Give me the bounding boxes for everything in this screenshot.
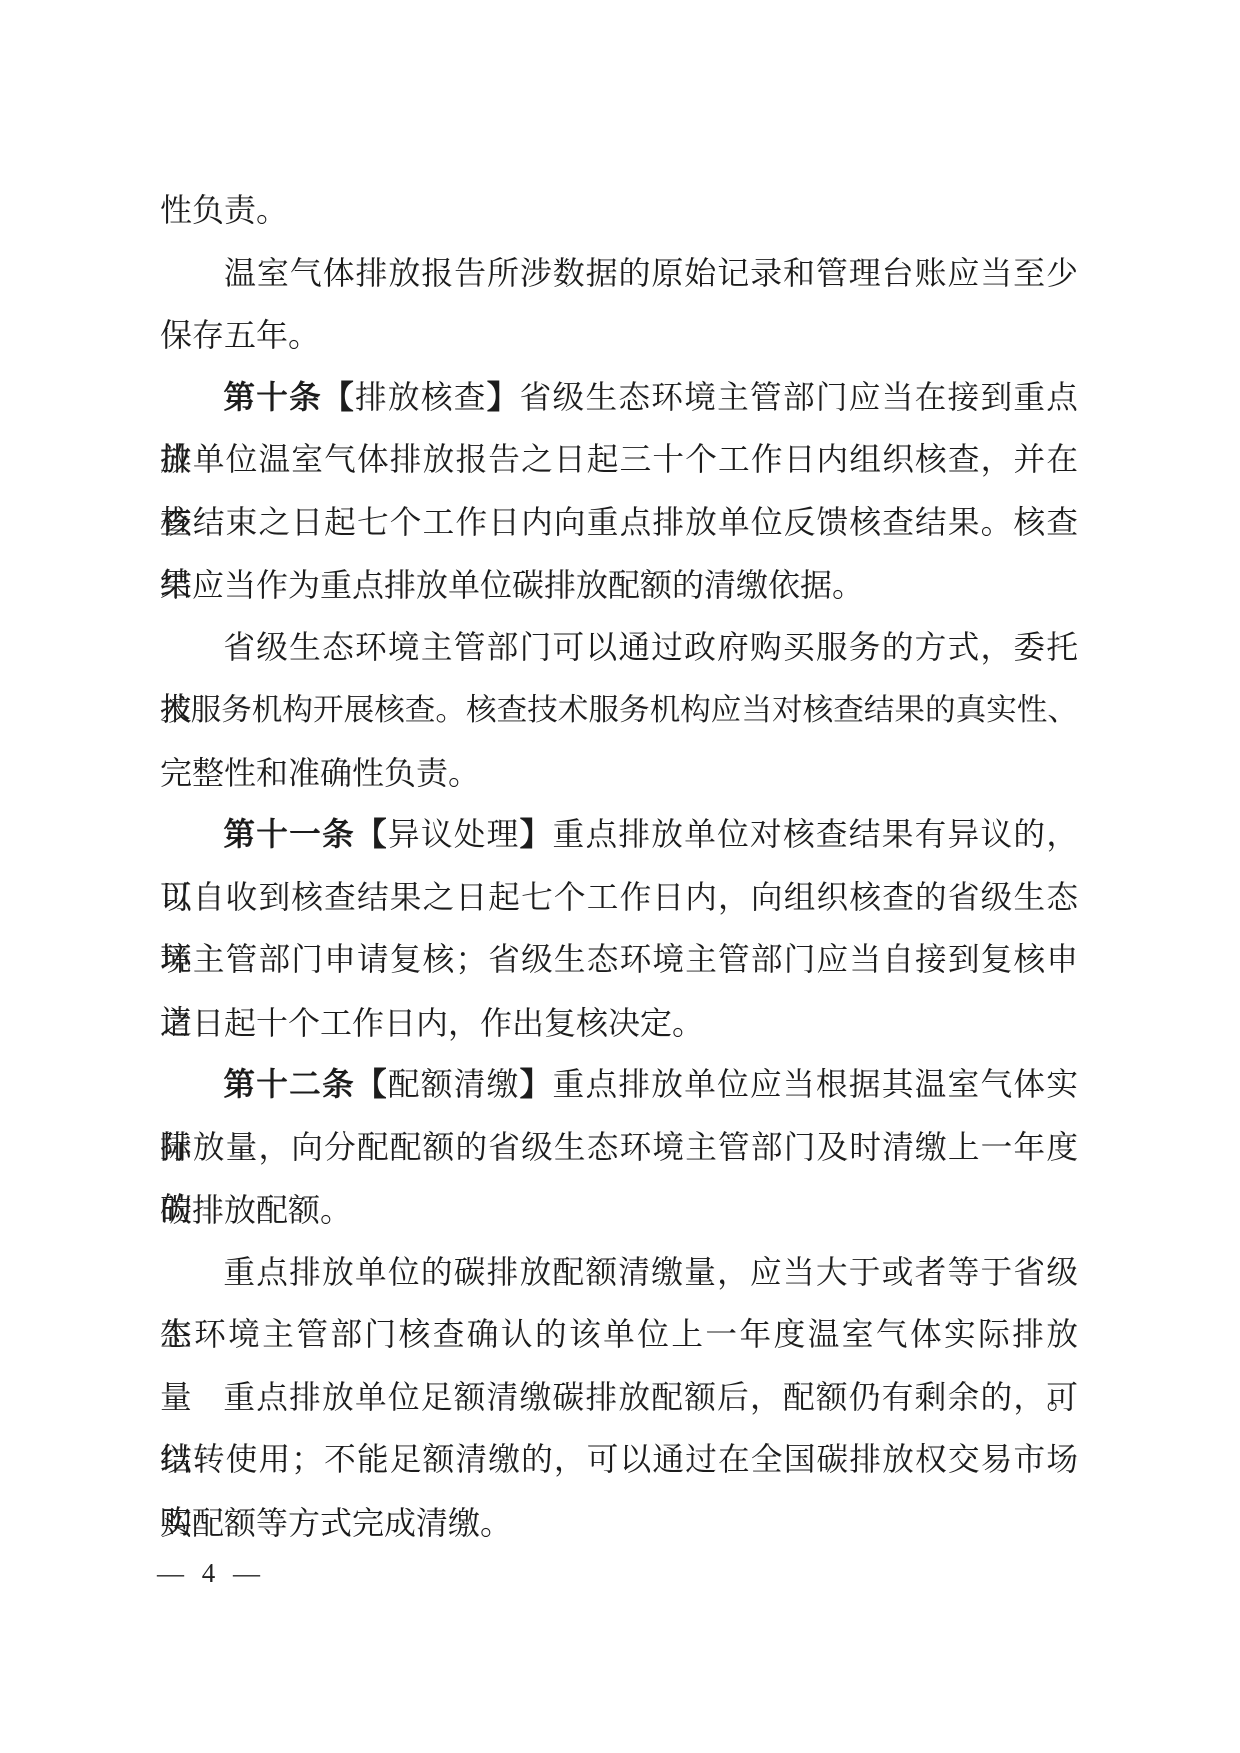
text-line: 性负责。 [160, 179, 1078, 242]
text-line: 以自收到核查结果之日起七个工作日内，向组织核查的省级生态环 [160, 867, 1078, 930]
body-text: 温室气体排放报告所涉数据的原始记录和管理台账应当至少 [224, 255, 1078, 291]
text-line: 查结束之日起七个工作日内向重点排放单位反馈核查结果。核查结 [160, 492, 1078, 555]
text-line: 术服务机构开展核查。核查技术服务机构应当对核查结果的真实性、 [160, 679, 1078, 742]
body-text: 术服务机构开展核查。核查技术服务机构应当对核查结果的真实性、 [160, 693, 1078, 727]
text-line: 境主管部门申请复核；省级生态环境主管部门应当自接到复核申请 [160, 929, 1078, 992]
text-line: 重点排放单位足额清缴碳排放配额后，配额仍有剩余的，可以 [160, 1367, 1078, 1430]
text-line: 之日起十个工作日内，作出复核决定。 [160, 992, 1078, 1055]
document-body: 性负责。温室气体排放报告所涉数据的原始记录和管理台账应当至少保存五年。第十条【排… [160, 179, 1078, 1554]
text-line: 果应当作为重点排放单位碳排放配额的清缴依据。 [160, 554, 1078, 617]
text-line: 结转使用；不能足额清缴的，可以通过在全国碳排放权交易市场购 [160, 1429, 1078, 1492]
body-text: 排放核查 [355, 380, 487, 415]
document-page: 性负责。温室气体排放报告所涉数据的原始记录和管理台账应当至少保存五年。第十条【排… [0, 0, 1240, 1753]
body-text: 果应当作为重点排放单位碳排放配额的清缴依据。 [160, 567, 864, 603]
article-number-heading: 】 [520, 1067, 553, 1102]
text-line: 买配额等方式完成清缴。 [160, 1492, 1078, 1555]
text-line: 第十二条【配额清缴】重点排放单位应当根据其温室气体实际 [160, 1054, 1078, 1117]
body-text: 碳排放配额。 [160, 1192, 352, 1228]
text-line: 第十条【排放核查】省级生态环境主管部门应当在接到重点排 [160, 367, 1078, 430]
body-text: 性负责。 [160, 192, 288, 228]
article-number-heading: 】 [520, 817, 553, 852]
text-line: 重点排放单位的碳排放配额清缴量，应当大于或者等于省级生 [160, 1242, 1078, 1305]
text-line: 完整性和准确性负责。 [160, 742, 1078, 805]
text-line: 第十一条【异议处理】重点排放单位对核查结果有异议的，可 [160, 804, 1078, 867]
text-line: 保存五年。 [160, 304, 1078, 367]
text-line: 碳排放配额。 [160, 1179, 1078, 1242]
text-line: 态环境主管部门核查确认的该单位上一年度温室气体实际排放量。 [160, 1304, 1078, 1367]
text-line: 放单位温室气体排放报告之日起三十个工作日内组织核查，并在核 [160, 429, 1078, 492]
body-text: 保存五年。 [160, 317, 320, 353]
body-text: 买配额等方式完成清缴。 [160, 1505, 512, 1541]
body-text: 之日起十个工作日内，作出复核决定。 [160, 1005, 704, 1041]
body-text: 配额清缴 [388, 1067, 520, 1102]
text-line: 省级生态环境主管部门可以通过政府购买服务的方式，委托技 [160, 617, 1078, 680]
text-line: 温室气体排放报告所涉数据的原始记录和管理台账应当至少 [160, 242, 1078, 305]
article-number-heading: 第十二条【 [223, 1067, 388, 1102]
text-line: 排放量，向分配配额的省级生态环境主管部门及时清缴上一年度的 [160, 1117, 1078, 1180]
article-number-heading: 】 [487, 380, 520, 415]
page-number-footer: — 4 — [157, 1558, 261, 1589]
article-number-heading: 第十一条【 [223, 817, 388, 852]
article-number-heading: 第十条【 [223, 380, 355, 415]
body-text: 完整性和准确性负责。 [160, 755, 480, 791]
body-text: 异议处理 [388, 817, 520, 852]
